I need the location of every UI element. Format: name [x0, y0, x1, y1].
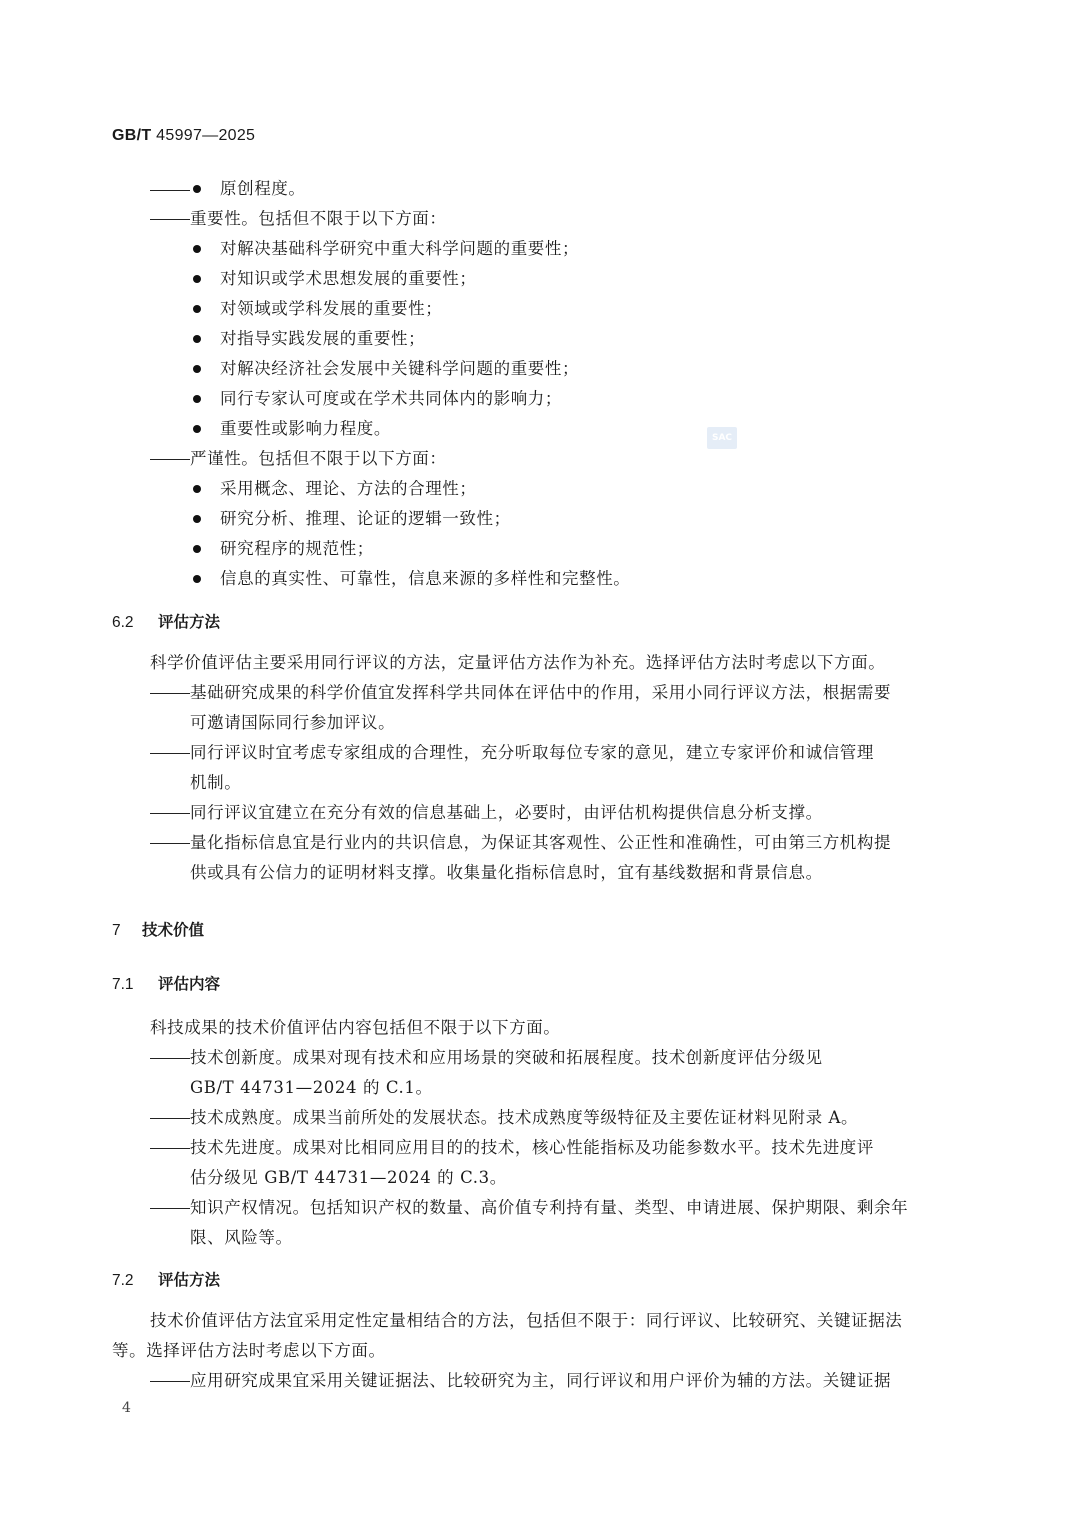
list-item: 同行评议时宜考虑专家组成的合理性，充分听取每位专家的意见，建立专家评价和诚信管理 [190, 742, 874, 764]
em-dash-icon [150, 813, 190, 814]
list-item: 研究程序的规范性； [220, 538, 374, 560]
bullet-icon [193, 275, 201, 283]
list-item: 信息的真实性、可靠性，信息来源的多样性和完整性。 [220, 568, 630, 590]
standard-number: 45997—2025 [156, 127, 255, 144]
list-item: 基础研究成果的科学价值宜发挥科学共同体在评估中的作用，采用小同行评议方法，根据需… [190, 682, 891, 704]
em-dash-icon [150, 190, 190, 191]
list-item: 技术成熟度。成果当前所处的发展状态。技术成熟度等级特征及主要佐证材料见附录 A。 [190, 1107, 858, 1129]
bullet-icon [193, 425, 201, 433]
list-item-continuation: 机制。 [190, 772, 241, 794]
list-item: 对解决基础科学研究中重大科学问题的重要性； [220, 238, 579, 260]
importance-label: 重要性。包括但不限于以下方面： [190, 208, 447, 230]
bullet-icon [193, 485, 201, 493]
em-dash-icon [150, 753, 190, 754]
list-item-continuation: 估分级见 GB/T 44731—2024 的 C.3。 [190, 1167, 507, 1189]
em-dash-icon [150, 219, 190, 220]
bullet-icon [193, 245, 201, 253]
section-heading-7: 7技术价值 [112, 918, 204, 940]
list-item: 技术创新度。成果对现有技术和应用场景的突破和拓展程度。技术创新度评估分级见 [190, 1047, 823, 1069]
document-page: GB/T 45997—2025 SAC 原创程度。 重要性。包括但不限于以下方面… [0, 0, 1074, 1520]
bullet-icon [193, 365, 201, 373]
paragraph: 技术价值评估方法宜采用定性定量相结合的方法，包括但不限于：同行评议、比较研究、关… [150, 1310, 902, 1332]
em-dash-icon [150, 1118, 190, 1119]
em-dash-icon [150, 1381, 190, 1382]
list-item: 对指导实践发展的重要性； [220, 328, 425, 350]
list-item: 对知识或学术思想发展的重要性； [220, 268, 477, 290]
list-item: 原创程度。 [220, 178, 306, 200]
list-item: 采用概念、理论、方法的合理性； [220, 478, 477, 500]
list-item: 研究分析、推理、论证的逻辑一致性； [220, 508, 511, 530]
paragraph: 科学价值评估主要采用同行评议的方法，定量评估方法作为补充。选择评估方法时考虑以下… [150, 652, 885, 674]
page-number: 4 [122, 1400, 131, 1416]
list-item: 技术先进度。成果对比相同应用目的的技术，核心性能指标及功能参数水平。技术先进度评 [190, 1137, 874, 1159]
list-item: 对解决经济社会发展中关键科学问题的重要性； [220, 358, 579, 380]
section-heading-7-2: 7.2评估方法 [112, 1268, 220, 1290]
bullet-icon [193, 335, 201, 343]
em-dash-icon [150, 1208, 190, 1209]
bullet-icon [193, 545, 201, 553]
list-item: 同行专家认可度或在学术共同体内的影响力； [220, 388, 562, 410]
list-item: 知识产权情况。包括知识产权的数量、高价值专利持有量、类型、申请进展、保护期限、剩… [190, 1197, 908, 1219]
list-item: 量化指标信息宜是行业内的共识信息，为保证其客观性、公正性和准确性，可由第三方机构… [190, 832, 891, 854]
paragraph: 科技成果的技术价值评估内容包括但不限于以下方面。 [150, 1017, 560, 1039]
standard-prefix: GB/T [112, 127, 151, 144]
list-item-continuation: 限、风险等。 [190, 1227, 293, 1249]
bullet-icon [193, 515, 201, 523]
bullet-icon [193, 575, 201, 583]
standard-code-header: GB/T 45997—2025 [112, 127, 255, 145]
section-heading-7-1: 7.1评估内容 [112, 972, 220, 994]
section-heading-6-2: 6.2评估方法 [112, 610, 220, 632]
list-item: 重要性或影响力程度。 [220, 418, 391, 440]
em-dash-icon [150, 1058, 190, 1059]
bullet-icon [193, 395, 201, 403]
list-item-continuation: GB/T 44731—2024 的 C.1。 [190, 1077, 433, 1099]
em-dash-icon [150, 1148, 190, 1149]
list-item: 应用研究成果宜采用关键证据法、比较研究为主，同行评议和用户评价为辅的方法。关键证… [190, 1370, 891, 1392]
bullet-icon [193, 305, 201, 313]
bullet-icon [193, 185, 201, 193]
list-item: 对领域或学科发展的重要性； [220, 298, 442, 320]
em-dash-icon [150, 843, 190, 844]
em-dash-icon [150, 693, 190, 694]
list-item: 同行评议宜建立在充分有效的信息基础上，必要时，由评估机构提供信息分析支撑。 [190, 802, 823, 824]
em-dash-icon [150, 459, 190, 460]
list-item-continuation: 供或具有公信力的证明材料支撑。收集量化指标信息时，宜有基线数据和背景信息。 [190, 862, 823, 884]
paragraph-continuation: 等。选择评估方法时考虑以下方面。 [112, 1340, 386, 1362]
sac-watermark-logo: SAC [707, 427, 737, 449]
rigor-label: 严谨性。包括但不限于以下方面： [190, 448, 447, 470]
list-item-continuation: 可邀请国际同行参加评议。 [190, 712, 395, 734]
